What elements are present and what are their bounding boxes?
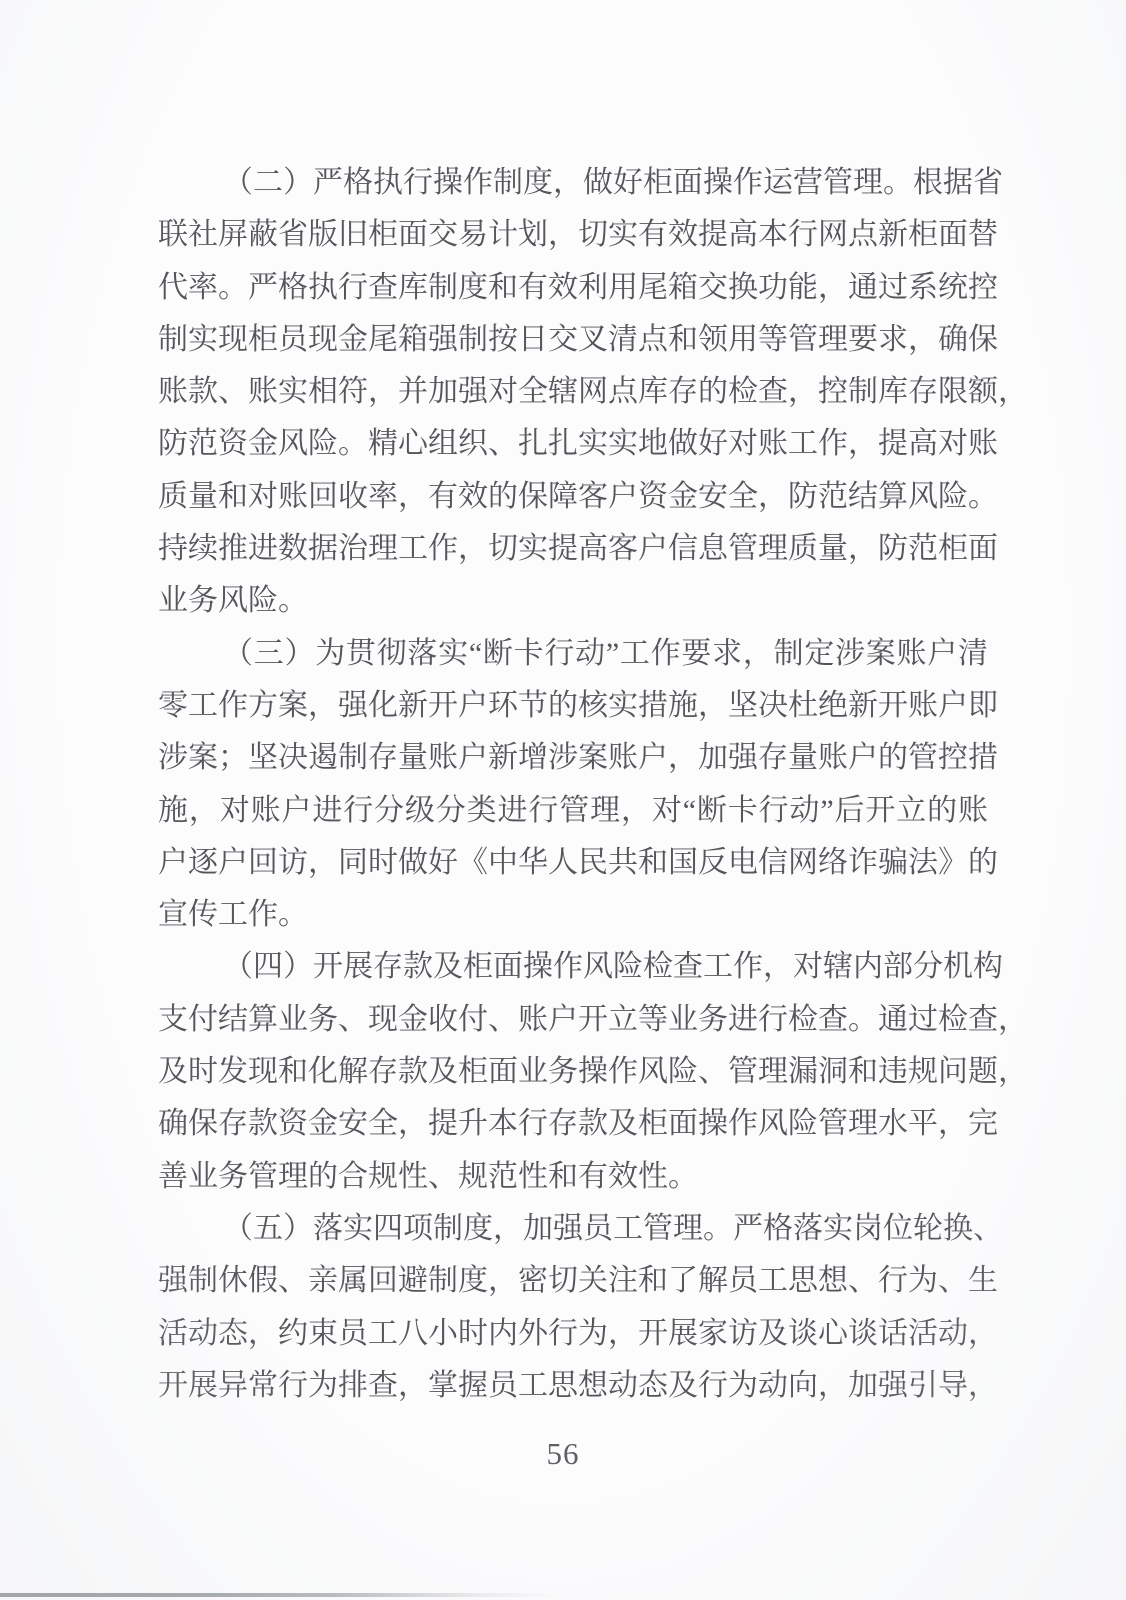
scan-edge-artifact <box>0 1593 560 1597</box>
text-line: 联社屏蔽省版旧柜面交易计划，切实有效提高本行网点新柜面替 <box>158 209 988 261</box>
text-line: 确保存款资金安全，提升本行存款及柜面操作风险管理水平，完 <box>158 1098 988 1150</box>
text-line: 活动态，约束员工八小时内外行为，开展家访及谈心谈话活动， <box>158 1308 988 1360</box>
text-line: （二）严格执行操作制度，做好柜面操作运营管理。根据省 <box>158 157 988 209</box>
text-line: （三）为贯彻落实“断卡行动”工作要求，制定涉案账户清 <box>158 628 988 680</box>
text-line: 宣传工作。 <box>158 889 988 941</box>
scanned-document-page: （二）严格执行操作制度，做好柜面操作运营管理。根据省 联社屏蔽省版旧柜面交易计划… <box>0 0 1126 1600</box>
text-line: 业务风险。 <box>158 575 988 627</box>
text-line: 制实现柜员现金尾箱强制按日交叉清点和领用等管理要求，确保 <box>158 314 988 366</box>
text-line: 防范资金风险。精心组织、扎扎实实地做好对账工作，提高对账 <box>158 418 988 470</box>
text-line: 支付结算业务、现金收付、账户开立等业务进行检查。通过检查， <box>158 994 988 1046</box>
page-number: 56 <box>0 1436 1126 1472</box>
text-line: 涉案；坚决遏制存量账户新增涉案账户，加强存量账户的管控措 <box>158 732 988 784</box>
text-line: 持续推进数据治理工作，切实提高客户信息管理质量，防范柜面 <box>158 523 988 575</box>
text-line: 开展异常行为排查，掌握员工思想动态及行为动向，加强引导， <box>158 1360 988 1412</box>
text-line: 质量和对账回收率，有效的保障客户资金安全，防范结算风险。 <box>158 471 988 523</box>
text-line: 及时发现和化解存款及柜面业务操作风险、管理漏洞和违规问题， <box>158 1046 988 1098</box>
text-line: 零工作方案，强化新开户环节的核实措施，坚决杜绝新开账户即 <box>158 680 988 732</box>
text-line: （四）开展存款及柜面操作风险检查工作，对辖内部分机构 <box>158 941 988 993</box>
document-body: （二）严格执行操作制度，做好柜面操作运营管理。根据省 联社屏蔽省版旧柜面交易计划… <box>158 157 988 1412</box>
text-line: 户逐户回访，同时做好《中华人民共和国反电信网络诈骗法》的 <box>158 837 988 889</box>
text-line: 善业务管理的合规性、规范性和有效性。 <box>158 1151 988 1203</box>
text-line: 账款、账实相符，并加强对全辖网点库存的检查，控制库存限额， <box>158 366 988 418</box>
text-line: 强制休假、亲属回避制度，密切关注和了解员工思想、行为、生 <box>158 1255 988 1307</box>
text-line: 代率。严格执行查库制度和有效利用尾箱交换功能，通过系统控 <box>158 262 988 314</box>
text-line: （五）落实四项制度，加强员工管理。严格落实岗位轮换、 <box>158 1203 988 1255</box>
text-line: 施，对账户进行分级分类进行管理，对“断卡行动”后开立的账 <box>158 785 988 837</box>
